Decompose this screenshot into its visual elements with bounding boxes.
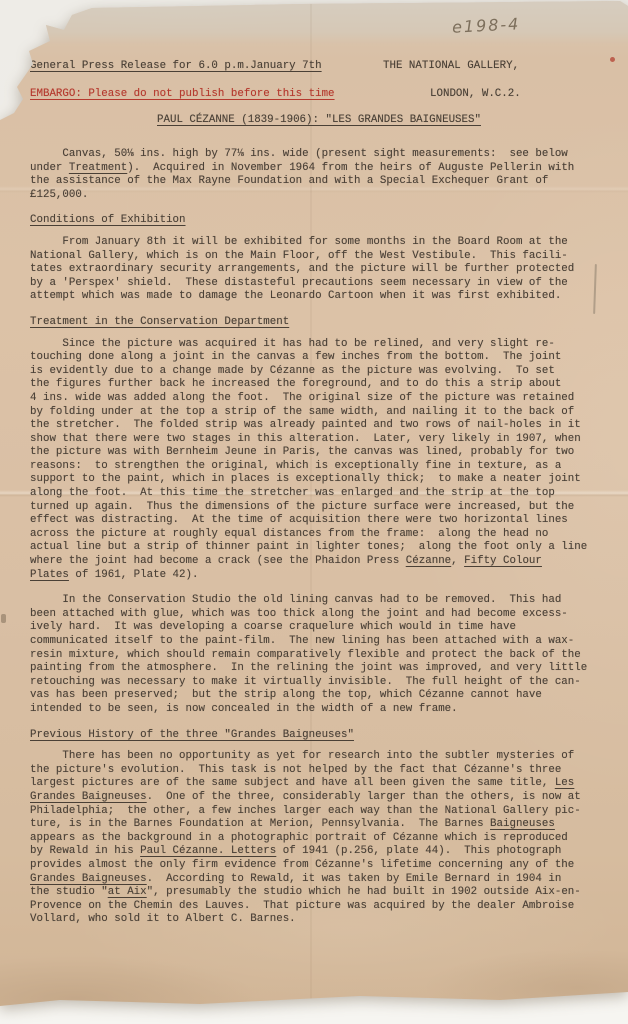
- document-header: General Press Release for 6.0 p.m.Januar…: [30, 52, 608, 148]
- org-address: LONDON, W.C.2.: [430, 88, 521, 102]
- document-title: PAUL CÉZANNE (1839-1906): "LES GRANDES B…: [30, 114, 608, 128]
- section-heading-treatment: Treatment in the Conservation Department: [30, 316, 608, 330]
- org-name: THE NATIONAL GALLERY,: [383, 60, 519, 74]
- scanner-bed: e198-4 General Press Release for 6.0 p.m…: [0, 0, 628, 1024]
- paper-faded-top-band: [0, 0, 628, 44]
- handwritten-annotation: e198-4: [452, 14, 521, 37]
- scan-background: { "page": { "annotation": "e198-4", "hea…: [0, 0, 628, 1024]
- left-edge-smudge: [1, 614, 6, 623]
- document-title-text: PAUL CÉZANNE (1839-1906): "LES GRANDES B…: [157, 114, 481, 126]
- paragraph-conditions: From January 8th it will be exhibited fo…: [30, 236, 608, 304]
- paper-shadow-wrap: e198-4 General Press Release for 6.0 p.m…: [0, 0, 628, 1024]
- embargo-notice: EMBARGO: Please do not publish before th…: [30, 88, 335, 102]
- document-page: e198-4 General Press Release for 6.0 p.m…: [0, 0, 628, 1008]
- paragraph-treatment-2: In the Conservation Studio the old linin…: [30, 594, 608, 716]
- paragraph-treatment-1: Since the picture was acquired it has ha…: [30, 338, 608, 583]
- red-dot-mark: [610, 57, 615, 62]
- section-heading-history: Previous History of the three "Grandes B…: [30, 729, 608, 743]
- paragraph-history: There has been no opportunity as yet for…: [30, 750, 608, 927]
- section-heading-conditions: Conditions of Exhibition: [30, 214, 608, 228]
- release-line: General Press Release for 6.0 p.m.Januar…: [30, 60, 322, 74]
- typewritten-content: General Press Release for 6.0 p.m.Januar…: [30, 52, 608, 939]
- paragraph-canvas-details: Canvas, 50⅛ ins. high by 77⅛ ins. wide (…: [30, 148, 608, 202]
